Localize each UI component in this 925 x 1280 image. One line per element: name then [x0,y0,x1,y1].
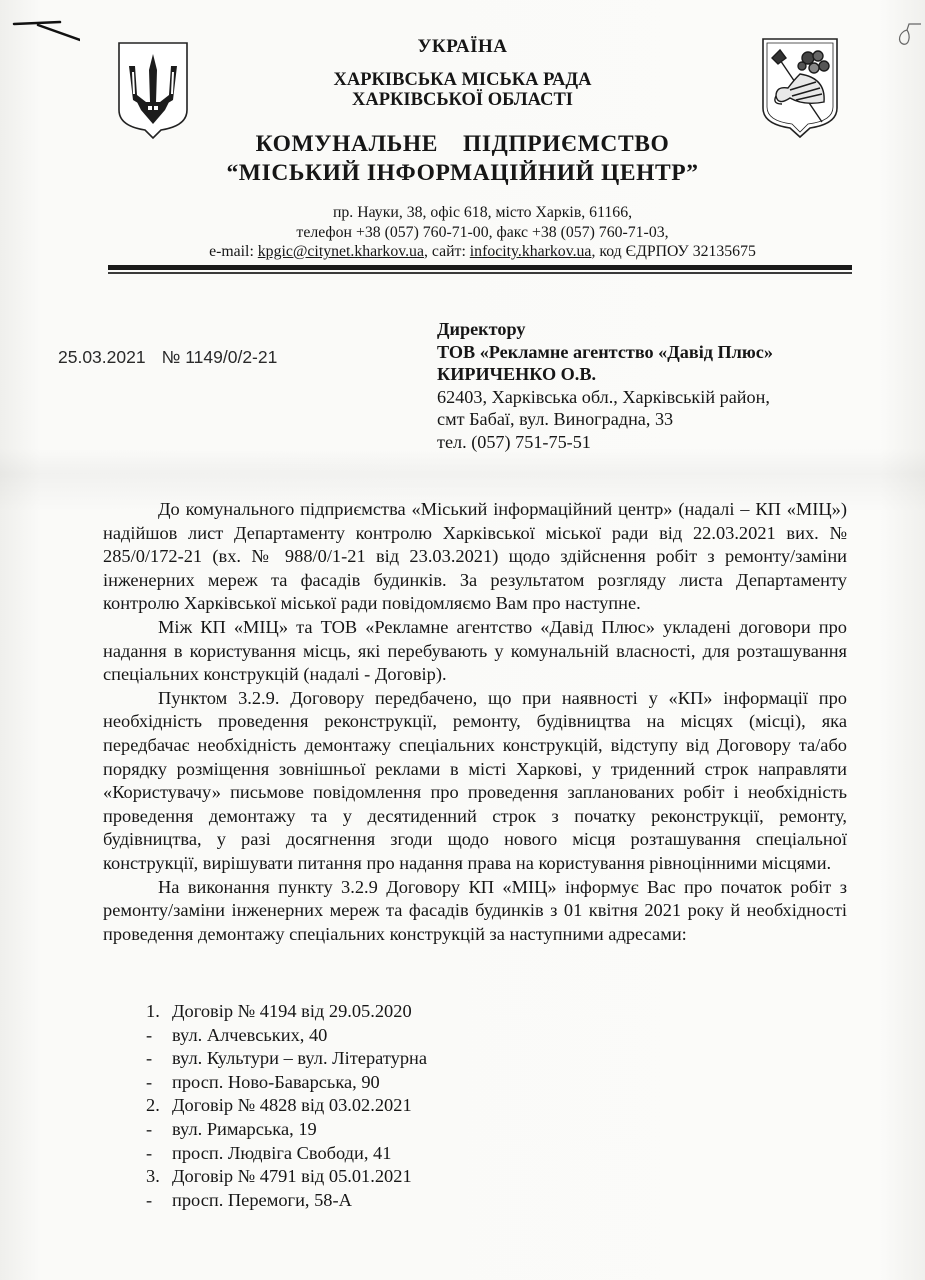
email-link[interactable]: kpgic@citynet.kharkov.ua [258,243,424,260]
letterhead-divider-thick [108,265,852,270]
addressee-block: Директору ТОВ «Рекламне агентство «Давід… [437,318,773,453]
letter-body: До комунального підприємства «Міський ін… [103,498,847,946]
letterhead-council-line1: ХАРКІВСЬКА МІСЬКА РАДА [0,70,925,91]
outgoing-registration: 25.03.2021№ 1149/0/2-21 [58,347,277,368]
letterhead-council-line2: ХАРКІВСЬКОЇ ОБЛАСТІ [0,90,925,111]
list-marker: 1. [146,1000,172,1024]
list-marker: 3. [146,1165,172,1189]
addressee-phone: тел. (057) 751-75-51 [437,431,773,454]
list-text: вул. Римарська, 19 [172,1118,317,1142]
list-item: -вул. Римарська, 19 [146,1118,427,1142]
letterhead-divider-thin [108,272,852,274]
scanned-letter-page: УКРАЇНА ХАРКІВСЬКА МІСЬКА РАДА ХАРКІВСЬК… [0,0,925,1280]
edrpou-code: , код ЄДРПОУ 32135675 [591,243,755,260]
list-marker: - [146,1189,172,1213]
list-marker: 2. [146,1094,172,1118]
list-text: просп. Перемоги, 58-А [172,1189,352,1213]
addressee-address-line2: смт Бабаї, вул. Виноградна, 33 [437,408,773,431]
body-paragraph: До комунального підприємства «Міський ін… [103,498,847,616]
site-link[interactable]: infocity.kharkov.ua [470,243,592,260]
list-item: -вул. Культури – вул. Літературна [146,1047,427,1071]
addressee-name: КИРИЧЕНКО О.В. [437,363,773,386]
list-text: Договір № 4791 від 05.01.2021 [172,1165,412,1189]
letterhead-address: пр. Науки, 38, офіс 618, місто Харків, 6… [20,203,925,223]
body-paragraph: На виконання пункту 3.2.9 Договору КП «М… [103,876,847,947]
list-text: просп. Ново-Баварська, 90 [172,1071,380,1095]
body-paragraph: Між КП «МІЦ» та ТОВ «Рекламне агентство … [103,616,847,687]
address-list: 1.Договір № 4194 від 29.05.2020 -вул. Ал… [146,1000,427,1212]
list-text: вул. Алчевських, 40 [172,1024,327,1048]
site-label: , сайт: [424,243,470,260]
addressee-position: Директору [437,318,773,341]
list-marker: - [146,1142,172,1166]
list-text: вул. Культури – вул. Літературна [172,1047,427,1071]
letterhead-enterprise-line1: КОМУНАЛЬНЕ ПІДПРИЄМСТВО [0,131,925,158]
list-item: -просп. Ново-Баварська, 90 [146,1071,427,1095]
outgoing-date: 25.03.2021 [58,347,146,367]
list-text: просп. Людвіга Свободи, 41 [172,1142,391,1166]
list-marker: - [146,1118,172,1142]
outgoing-number: № 1149/0/2-21 [162,347,278,367]
list-text: Договір № 4828 від 03.02.2021 [172,1094,412,1118]
addressee-address-line1: 62403, Харківська обл., Харківській райо… [437,386,773,409]
addressee-company: ТОВ «Рекламне агентство «Давід Плюс» [437,341,773,364]
list-item: -просп. Людвіга Свободи, 41 [146,1142,427,1166]
list-marker: - [146,1047,172,1071]
list-item: 3.Договір № 4791 від 05.01.2021 [146,1165,427,1189]
list-text: Договір № 4194 від 29.05.2020 [172,1000,412,1024]
list-marker: - [146,1071,172,1095]
list-item: -просп. Перемоги, 58-А [146,1189,427,1213]
email-label: e-mail: [209,243,258,260]
letterhead-phones: телефон +38 (057) 760-71-00, факс +38 (0… [20,223,925,243]
list-marker: - [146,1024,172,1048]
letterhead-country: УКРАЇНА [0,36,925,58]
letterhead-contacts: e-mail: kpgic@citynet.kharkov.ua, сайт: … [20,242,925,262]
letterhead-enterprise-line2: “МІСЬКИЙ ІНФОРМАЦІЙНИЙ ЦЕНТР” [0,160,925,187]
list-item: -вул. Алчевських, 40 [146,1024,427,1048]
list-item: 2.Договір № 4828 від 03.02.2021 [146,1094,427,1118]
body-paragraph: Пунктом 3.2.9. Договору передбачено, що … [103,687,847,876]
list-item: 1.Договір № 4194 від 29.05.2020 [146,1000,427,1024]
